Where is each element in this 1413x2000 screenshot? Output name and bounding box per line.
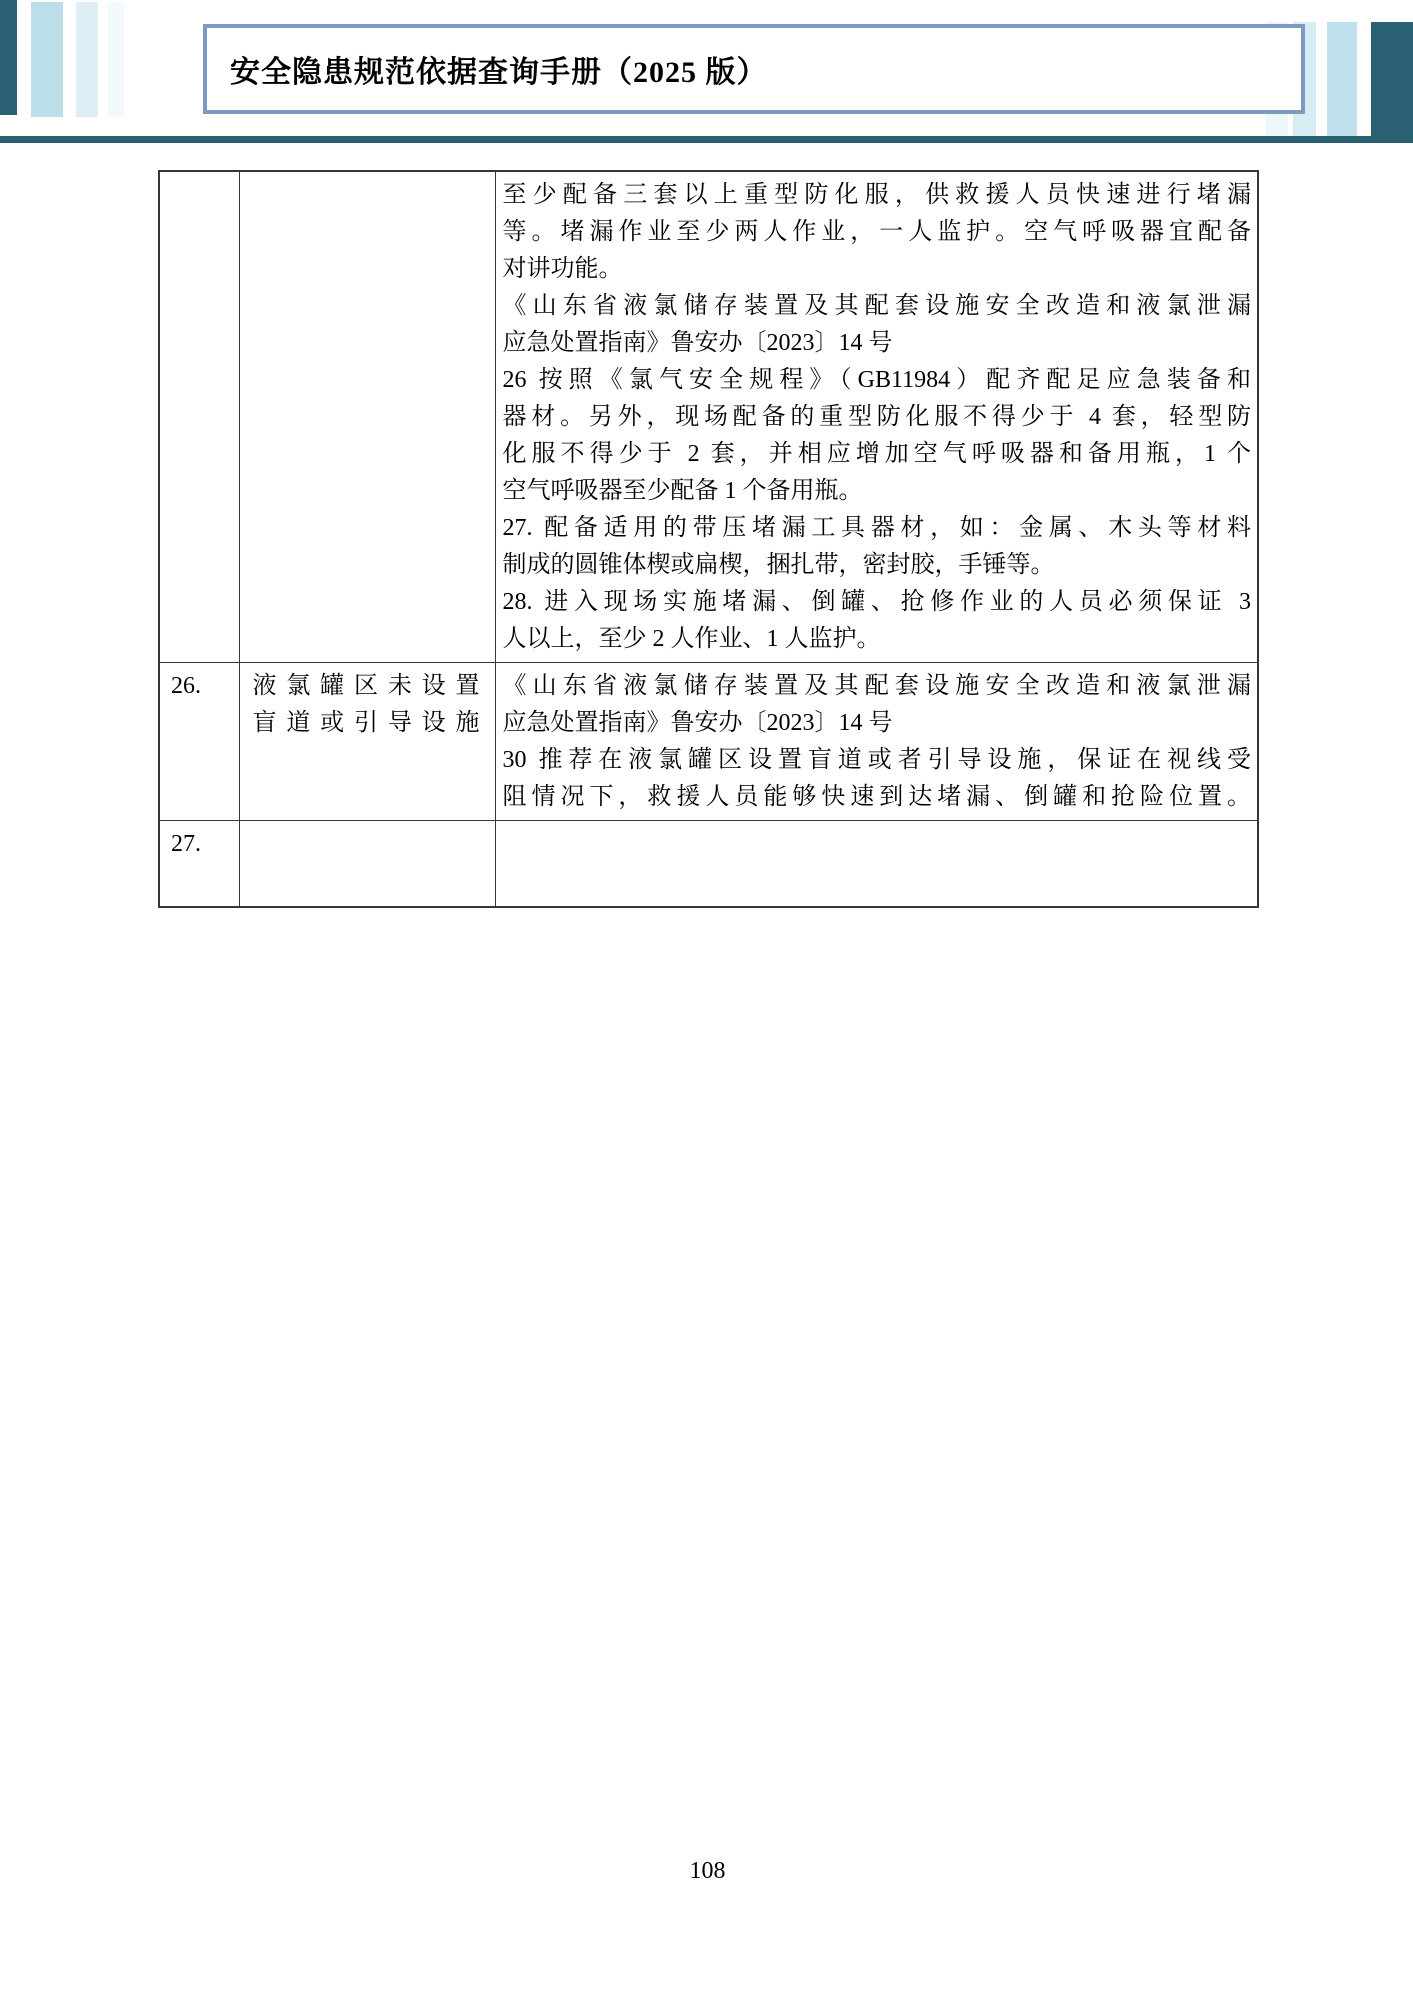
page-number: 108 [158,1856,1257,1886]
hazard-description-cell [239,821,495,907]
row-number-cell: 27. [159,821,239,907]
basis-text-line: 器材。另外，现场配备的重型防化服不得少于 4 套，轻型防 [503,399,1252,436]
page-title: 安全隐患规范依据查询手册（2025 版） [230,47,768,91]
left-accent-bar-pale [76,2,98,117]
hazard-reference-table: 至少配备三套以上重型防化服，供救援人员快速进行堵漏等。堵漏作业至少两人作业，一人… [158,170,1259,908]
left-accent-bar-faint [108,2,124,117]
basis-text-line: 制成的圆锥体楔或扁楔，捆扎带，密封胶，手锤等。 [503,547,1252,584]
hazard-text-line: 盲道或引导设施 [253,705,480,742]
regulation-basis-cell [495,821,1258,907]
regulation-basis-cell: 《山东省液氯储存装置及其配套设施安全改造和液氯泄漏应急处置指南》鲁安办〔2023… [495,663,1258,821]
basis-text-line: 化服不得少于 2 套，并相应增加空气呼吸器和备用瓶，1 个 [503,436,1252,473]
left-accent-bar-dark [0,0,17,115]
basis-text-line: 应急处置指南》鲁安办〔2023〕14 号 [503,705,1252,742]
table-row: 26.液氯罐区未设置盲道或引导设施《山东省液氯储存装置及其配套设施安全改造和液氯… [159,663,1258,821]
header-divider-line [0,136,1413,143]
hazard-table-body: 至少配备三套以上重型防化服，供救援人员快速进行堵漏等。堵漏作业至少两人作业，一人… [159,171,1258,907]
hazard-description-cell [239,171,495,663]
basis-text-line: 《山东省液氯储存装置及其配套设施安全改造和液氯泄漏 [503,288,1252,325]
row-number-cell: 26. [159,663,239,821]
document-page: { "header": { "title": "安全隐患规范依据查询手册（202… [0,0,1413,2000]
left-accent-bar-light [31,2,63,117]
regulation-basis-cell: 至少配备三套以上重型防化服，供救援人员快速进行堵漏等。堵漏作业至少两人作业，一人… [495,171,1258,663]
basis-text-line: 《山东省液氯储存装置及其配套设施安全改造和液氯泄漏 [503,668,1252,705]
table-row: 至少配备三套以上重型防化服，供救援人员快速进行堵漏等。堵漏作业至少两人作业，一人… [159,171,1258,663]
right-accent-bar-dark [1371,22,1413,143]
row-number-cell [159,171,239,663]
basis-text-line: 28. 进入现场实施堵漏、倒罐、抢修作业的人员必须保证 3 [503,584,1252,621]
basis-text-line: 空气呼吸器至少配备 1 个备用瓶。 [503,473,1252,510]
basis-text-line: 30 推荐在液氯罐区设置盲道或者引导设施，保证在视线受 [503,742,1252,779]
basis-text-line: 应急处置指南》鲁安办〔2023〕14 号 [503,325,1252,362]
basis-text-line: 26 按照《氯气安全规程》（GB11984）配齐配足应急装备和 [503,362,1252,399]
hazard-description-cell: 液氯罐区未设置盲道或引导设施 [239,663,495,821]
basis-text-line: 27. 配备适用的带压堵漏工具器材，如：金属、木头等材料 [503,510,1252,547]
right-accent-bar-light [1327,22,1357,136]
page-header-box: 安全隐患规范依据查询手册（2025 版） [203,24,1305,114]
table-row: 27. [159,821,1258,907]
basis-text-line: 对讲功能。 [503,251,1252,288]
basis-text-line: 人以上，至少 2 人作业、1 人监护。 [503,621,1252,658]
hazard-text-line: 液氯罐区未设置 [253,668,480,705]
basis-text-line: 等。堵漏作业至少两人作业，一人监护。空气呼吸器宜配备 [503,214,1252,251]
basis-text-line: 至少配备三套以上重型防化服，供救援人员快速进行堵漏 [503,177,1252,214]
basis-text-line: 阻情况下，救援人员能够快速到达堵漏、倒罐和抢险位置。 [503,779,1252,816]
